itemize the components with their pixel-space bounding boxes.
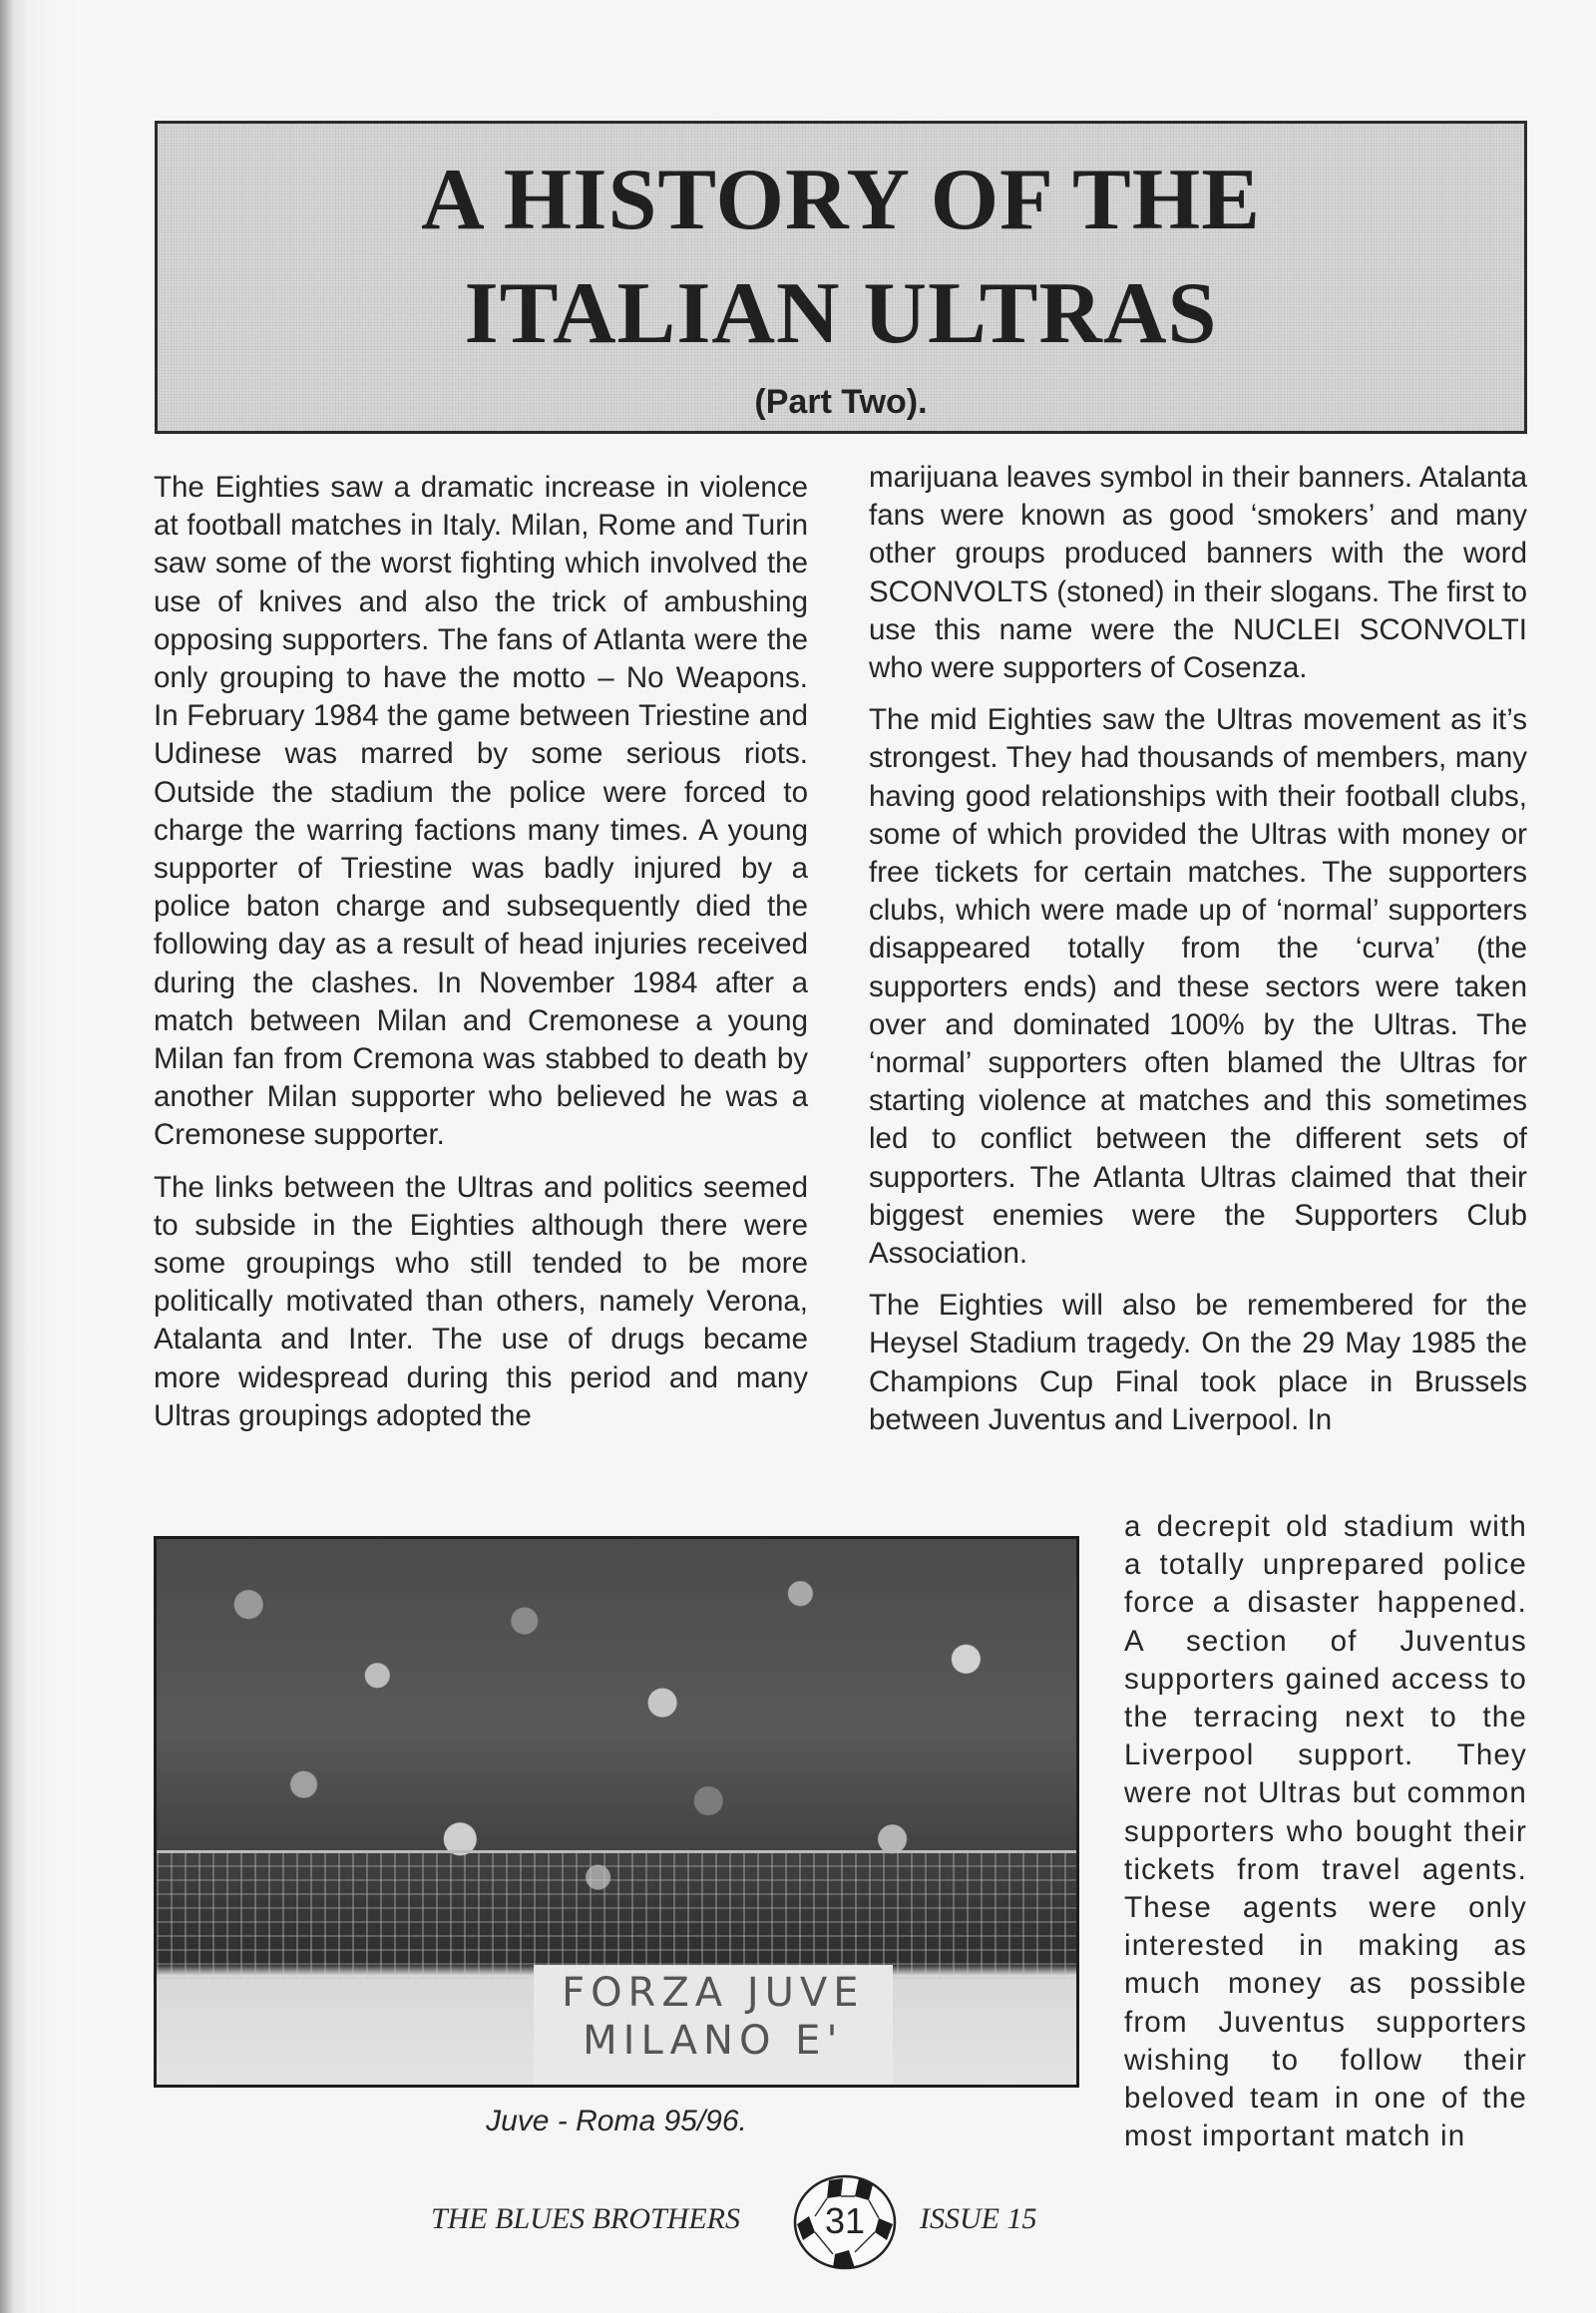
article-right-column: marijuana leaves symbol in their banners… bbox=[869, 459, 1527, 1439]
article-left-column: The Eighties saw a dramatic increase in … bbox=[154, 469, 808, 1449]
page-subtitle: (Part Two). bbox=[158, 383, 1524, 422]
paragraph: The Eighties saw a dramatic increase in … bbox=[154, 469, 808, 1155]
title-box: A HISTORY OF THE ITALIAN ULTRAS (Part Tw… bbox=[155, 121, 1527, 434]
page-footer: THE BLUES BROTHERS 31 ISSUE 15 bbox=[0, 2174, 1596, 2270]
crowd-photo: FORZA JUVE MILANO E' bbox=[154, 1536, 1079, 2088]
page-title: A HISTORY OF THE ITALIAN ULTRAS bbox=[158, 144, 1524, 371]
paragraph: a decrepit old stadium with a totally un… bbox=[1124, 1508, 1527, 2155]
paragraph: The links between the Ultras and politic… bbox=[154, 1169, 808, 1435]
binding-shadow bbox=[0, 0, 14, 2313]
title-line-2: ITALIAN ULTRAS bbox=[158, 257, 1524, 371]
paragraph: The Eighties will also be remembered for… bbox=[869, 1287, 1527, 1439]
page-number: 31 bbox=[793, 2200, 897, 2242]
photo-caption: Juve - Roma 95/96. bbox=[154, 2105, 1079, 2138]
banner-line-1: FORZA JUVE bbox=[534, 1969, 893, 2017]
article-right-column-wrap: a decrepit old stadium with a totally un… bbox=[1124, 1508, 1527, 2169]
banner-line-2: MILANO E' bbox=[534, 2017, 893, 2065]
football-icon: 31 bbox=[793, 2174, 897, 2270]
title-line-1: A HISTORY OF THE bbox=[158, 144, 1524, 257]
paragraph: The mid Eighties saw the Ultras movement… bbox=[869, 701, 1527, 1273]
publication-name: THE BLUES BROTHERS bbox=[431, 2202, 740, 2236]
fan-banner: FORZA JUVE MILANO E' bbox=[534, 1965, 893, 2088]
paragraph: marijuana leaves symbol in their banners… bbox=[869, 459, 1527, 687]
issue-number: ISSUE 15 bbox=[920, 2202, 1036, 2236]
stadium-fence bbox=[157, 1850, 1076, 1979]
